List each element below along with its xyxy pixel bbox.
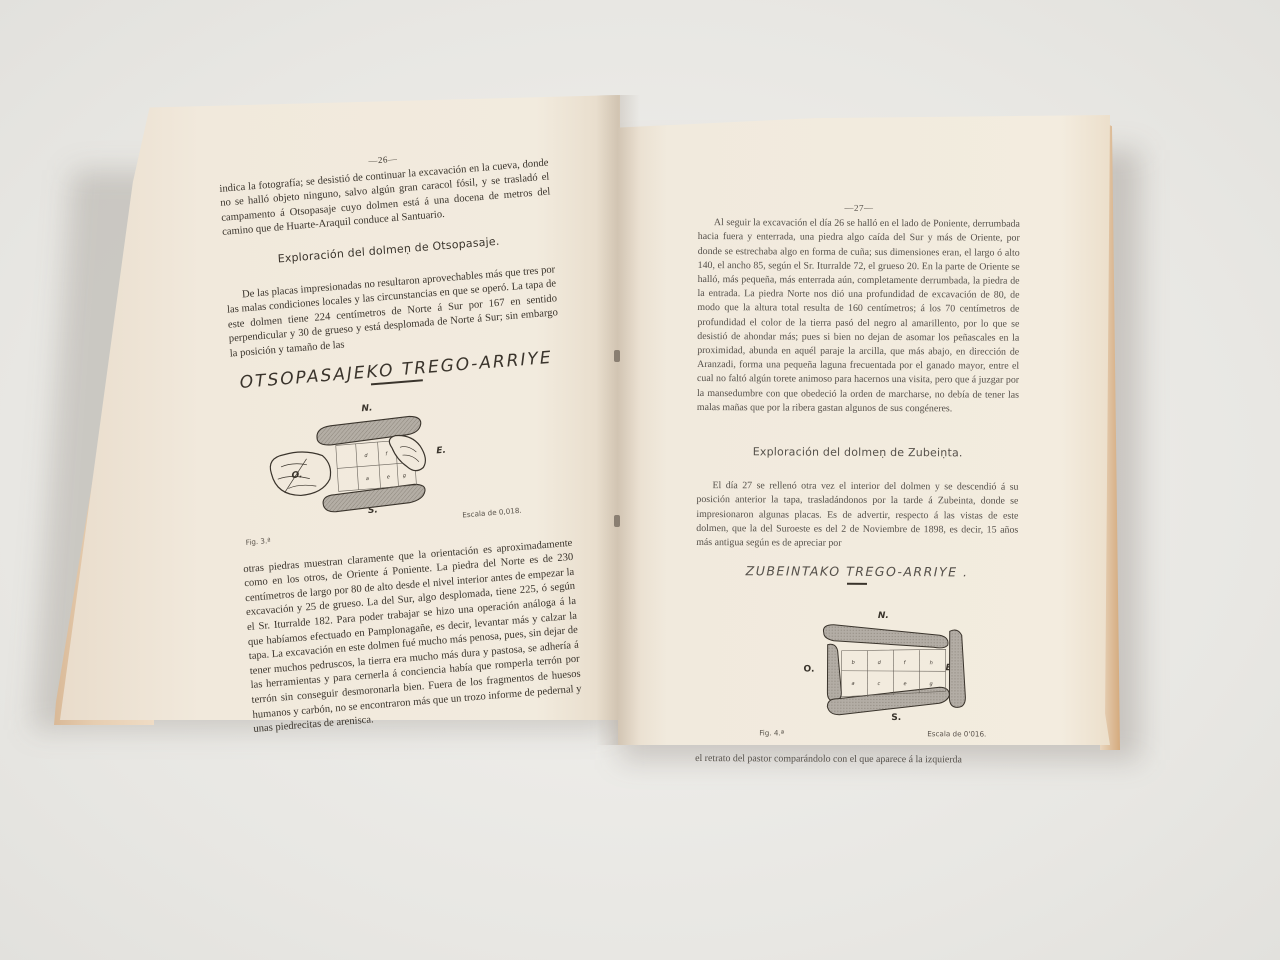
- paragraph: el retrato del pastor comparándolo con e…: [695, 752, 1017, 768]
- dolmen-diagram-fig3: N. E. S. dfh aeg: [233, 384, 570, 545]
- svg-text:d: d: [878, 660, 882, 666]
- paragraph: otras piedras muestran claramente que la…: [243, 536, 583, 737]
- paragraph: Al seguir la excavación el día 26 se hal…: [697, 216, 1020, 417]
- svg-text:e: e: [387, 474, 390, 480]
- svg-text:g: g: [929, 681, 932, 687]
- svg-text:c: c: [877, 681, 880, 687]
- svg-text:b: b: [852, 660, 855, 666]
- dolmen-diagram-fig4: N. O. E. S.: [695, 608, 1018, 740]
- section-title: Exploración del dolmeṇ de Zubeiṇta.: [697, 445, 1019, 461]
- svg-text:a: a: [366, 476, 369, 482]
- svg-text:f: f: [385, 451, 388, 457]
- svg-text:d: d: [364, 452, 368, 458]
- svg-text:f: f: [904, 660, 907, 666]
- page-number: —27—: [698, 200, 1020, 216]
- title-underline: [847, 583, 867, 585]
- svg-text:h: h: [930, 660, 933, 666]
- binding-stitch: [614, 515, 620, 527]
- svg-text:g: g: [403, 473, 407, 479]
- binding-stitch: [614, 350, 620, 362]
- svg-text:a: a: [851, 681, 854, 687]
- paragraph: De las placas impresionadas no resultaro…: [226, 263, 560, 362]
- paragraph: El día 27 se rellenó otra vez el interio…: [696, 479, 1018, 552]
- dolmen-plan-drawing: bdfh aceg: [695, 616, 1018, 728]
- figure-scale: Escala de 0'016.: [927, 727, 986, 742]
- svg-text:e: e: [903, 681, 906, 687]
- right-page-content: —27— Al seguir la excavación el día 26 s…: [695, 200, 1020, 768]
- left-page-content: —26— indica la fotografía; se desistió d…: [218, 140, 583, 738]
- figure-title: ZUBEINTAKO TREGO-ARRIYE .: [696, 564, 1018, 580]
- figure-caption: Fig. 4.ª: [759, 726, 784, 740]
- figure-caption: Fig. 3.ª: [245, 534, 271, 551]
- svg-text:O.: O.: [291, 470, 302, 481]
